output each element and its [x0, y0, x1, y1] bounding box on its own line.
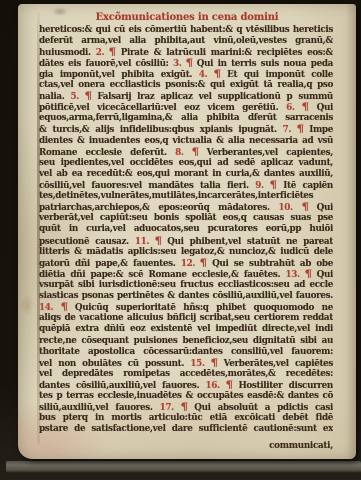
pilcrow-mark: ¶	[225, 380, 232, 391]
text-line: verberāt,vel capiūt:seu bonis spoliāt eo…	[39, 213, 333, 224]
text-line: psecutionē causaz. 11. ¶ Qui phibent,vel…	[39, 236, 333, 247]
text-segment: dātes eis fauorē,vel cōsiliū:	[39, 59, 169, 69]
text-segment: tes p terras ecclesie,inuadētes & occupā…	[39, 391, 333, 401]
text-segment: tes,detinētes,vulnerātes,mutilātes,incar…	[39, 191, 313, 201]
text-line: vel non obuiātes cū possunt. 15. ¶ Verbe…	[39, 358, 333, 369]
text-segment: Qui se subtrahūt ab obe	[212, 259, 333, 269]
text-segment: aliqs de vacatione alicuius bñficij scri…	[39, 313, 333, 323]
text-line: pōtificē,vel vicecācellariū:vel eoz vice…	[39, 102, 333, 113]
text-segment: recte,ne cōsequant puisiones beneficioz,…	[39, 336, 333, 346]
pilcrow-mark: ¶	[109, 47, 116, 58]
text-segment: Quicūq superioritatē hñs:q phibet quoquo…	[75, 303, 333, 313]
rubric-number: 16.	[205, 381, 219, 391]
text-segment: psecutionē causaz.	[39, 237, 129, 247]
pilcrow-mark: ¶	[210, 358, 217, 369]
text-segment: thoritate apostolica cōcessarū:dantes co…	[39, 347, 333, 357]
text-segment: & turcis,& alijs infidelibus:qbus xpiani…	[39, 125, 277, 135]
text-segment: hereticos:& qui cū eis cōmertiū habent:&…	[39, 25, 333, 35]
text-segment: huiusmodi.	[39, 48, 91, 58]
text-segment: Qui phibent,vel statuūt ne pareat	[167, 237, 333, 247]
text-line: gia imponūt,vel phibita exigūt. 4. ¶ Et …	[39, 69, 333, 80]
pilcrow-mark: ¶	[301, 202, 308, 213]
text-segment: pstare de satisfactione,vel dare suffici…	[39, 424, 333, 434]
text-segment: Romane ecclesie deferūt.	[39, 148, 167, 158]
text-segment: quēpiā extra dñiū eoz existentē vel impe…	[39, 324, 333, 334]
text-segment: siasticas psonas pertinētes & dantes cōs…	[39, 291, 333, 301]
text-line: diētia dñi pape:& scē Romane ecclesie,& …	[39, 269, 333, 280]
rubric-number: 6.	[286, 103, 294, 113]
text-segment: Et qui imponūt colle	[227, 70, 333, 80]
text-segment: vsurpāt sibi iurisdictionē:seu fructus e…	[39, 280, 333, 290]
pilcrow-mark: ¶	[270, 180, 277, 191]
text-line: dātes eis fauorē,vel cōsiliū: 3. ¶ Qui i…	[39, 58, 333, 69]
rubric-number: 2.	[96, 48, 104, 58]
text-line: gatorū dñi pape,& fauentes. 12. ¶ Qui se…	[39, 258, 333, 269]
text-line: tes p terras ecclesie,inuadētes & occupā…	[39, 391, 333, 402]
pilcrow-mark: ¶	[180, 402, 187, 413]
text-segment: Impe	[309, 125, 333, 135]
text-line: vsurpāt sibi iurisdictionē:seu fructus e…	[39, 280, 333, 291]
text-line: seu ipedientes,vel occidētes eos,qui ad …	[39, 158, 333, 169]
rubric-number: 5.	[70, 92, 78, 102]
text-line: siliū,auxiliū,vel fauores. 17. ¶ Qui abs…	[39, 402, 333, 413]
text-line: cōsiliū,vel fauores:vel mandātes talia f…	[39, 180, 333, 191]
text-segment: vel ab ea recedūt:& eos,qui morant in cu…	[39, 169, 333, 179]
text-line: & turcis,& alijs infidelibus:qbus xpiani…	[39, 124, 333, 135]
text-segment: dientes & inuadentes eos,q victualia & a…	[39, 136, 333, 146]
text-line: pstare de satisfactione,vel dare suffici…	[39, 424, 333, 435]
page-edge-strip	[6, 461, 361, 473]
text-line: quēpiā extra dñiū eoz existentē vel impe…	[39, 324, 333, 335]
text-segment: Qui in terris suis noua peda	[197, 59, 333, 69]
text-segment: Qui	[317, 203, 333, 213]
text-line: aliqs de vacatione alicuius bñficij scri…	[39, 313, 333, 324]
text-segment: cōsiliū,vel fauores:vel mandātes talia f…	[39, 181, 249, 191]
rubric-number: 3.	[173, 59, 181, 69]
text-segment: pōtificē,vel vicecācellariū:vel eoz vice…	[39, 103, 278, 113]
book-scan: Excõmunicationes in cena domini heretico…	[0, 0, 361, 480]
rubric-number: 15.	[190, 359, 204, 369]
text-line: vel ab ea recedūt:& eos,qui morant in cu…	[39, 169, 333, 180]
rubric-number: 8.	[175, 148, 183, 158]
pilcrow-mark: ¶	[155, 236, 162, 247]
text-segment: gatorū dñi pape,& fauentes.	[39, 259, 175, 269]
text-line: quūt in curia,vel aduocatos,seu pcurator…	[39, 224, 333, 235]
text-line: thoritate apostolica cōcessarū:dantes co…	[39, 347, 333, 358]
text-line: equos,arma,ferrū,ligamina,& alia phibita…	[39, 113, 333, 124]
text-line: vel depredātes romipetas accedētes,morāt…	[39, 369, 333, 380]
text-segment: quūt in curia,vel aduocatos,seu pcurator…	[39, 224, 333, 234]
text-segment: bus pterq in mortis articulo:tūc etiā ex…	[39, 413, 333, 423]
text-segment: Verberātes,vel capiētes	[224, 359, 333, 369]
text-line: 14. ¶ Quicūq superioritatē hñs:q phibet …	[39, 302, 333, 313]
pilcrow-mark: ¶	[186, 58, 193, 69]
text-segment: ctas,vel onera eccliasticis psonis:& qui…	[39, 80, 333, 90]
text-line: nalia. 5. ¶ Falsarij lraz aplicaz vel su…	[39, 91, 333, 102]
pilcrow-mark: ¶	[200, 258, 207, 269]
rubric-number: 10.	[278, 203, 292, 213]
text-segment: diētia dñi pape:& scē Romane ecclesie,& …	[39, 270, 280, 280]
text-line: dientes & inuadentes eos,q victualia & a…	[39, 136, 333, 147]
text-line: hereticos:& qui cū eis cōmertiū habent:&…	[39, 25, 333, 36]
text-line: dantes cōsiliū,auxiliū,vel fauores. 16. …	[39, 380, 333, 391]
text-segment: Hostiliter discurren	[238, 381, 333, 391]
text-segment: Qui	[317, 103, 333, 113]
text-line: deferūt arma,vel alia phibita,aut vinū,o…	[39, 36, 333, 47]
text-line: ctas,vel onera eccliasticis psonis:& qui…	[39, 80, 333, 91]
text-line: litteris & mādatis aplicis:seu legatoz,&…	[39, 247, 333, 258]
text-line: huiusmodi. 2. ¶ Pirate & latrūculi marin…	[39, 47, 333, 58]
text-segment: nalia.	[39, 92, 64, 102]
text-segment: Qui	[317, 270, 333, 280]
pilcrow-mark: ¶	[191, 147, 198, 158]
text-segment: verberāt,vel capiūt:seu bonis spoliāt eo…	[39, 213, 333, 223]
text-segment: Verberantes,vel capientes,	[207, 148, 333, 158]
text-line: recte,ne cōsequant puisiones beneficioz,…	[39, 336, 333, 347]
pilcrow-mark: ¶	[60, 302, 67, 313]
rubric-number: 11.	[135, 237, 149, 247]
text-segment: gia imponūt,vel phibita exigūt.	[39, 70, 192, 80]
catchword: communicati,	[39, 441, 333, 451]
pilcrow-mark: ¶	[305, 269, 312, 280]
text-segment: Pirate & latrūculi marini:& recipiētes e…	[121, 48, 333, 58]
text-line: patriarchas,archiepos,& epos:eorūq mādat…	[39, 202, 333, 213]
text-segment: patriarchas,archiepos,& epos:eorūq mādat…	[39, 203, 270, 213]
text-line: siasticas psonas pertinētes & dantes cōs…	[39, 291, 333, 302]
text-segment: deferūt arma,vel alia phibita,aut vinū,o…	[39, 36, 333, 46]
running-header: Excõmunicationes in cena domini	[40, 12, 334, 23]
rubric-number: 4.	[199, 70, 207, 80]
rubric-number: 9.	[255, 181, 263, 191]
text-line: tes,detinētes,vulnerātes,mutilātes,incar…	[39, 191, 333, 202]
text-segment: Itē capiēn	[283, 181, 333, 191]
rubric-number: 17.	[160, 403, 174, 413]
stain-blob	[20, 294, 34, 316]
text-line: Romane ecclesie deferūt. 8. ¶ Verberante…	[39, 147, 333, 158]
text-segment: dantes cōsiliū,auxiliū,vel fauores.	[39, 381, 199, 391]
rubric-number: 13.	[285, 270, 299, 280]
text-line: bus pterq in mortis articulo:tūc etiā ex…	[39, 413, 333, 424]
text-segment: seu ipedientes,vel occidētes eos,qui ad …	[39, 158, 333, 168]
rubric-number: 7.	[283, 125, 291, 135]
text-segment: equos,arma,ferrū,ligamina,& alia phibita…	[39, 113, 333, 123]
pilcrow-mark: ¶	[84, 91, 91, 102]
text-segment: Falsarij lraz aplicaz vel supplicationū …	[97, 92, 333, 102]
text-block: hereticos:& qui cū eis cōmertiū habent:&…	[39, 25, 333, 436]
rubric-number: 14.	[39, 303, 53, 313]
pilcrow-mark: ¶	[302, 102, 309, 113]
text-segment: litteris & mādatis aplicis:seu legatoz,&…	[39, 247, 333, 257]
pilcrow-mark: ¶	[214, 69, 221, 80]
text-segment: Qui absoluūt a pdictis casi	[194, 403, 333, 413]
text-segment: vel non obuiātes cū possunt.	[39, 359, 184, 369]
rubric-number: 12.	[181, 259, 195, 269]
book-page: Excõmunicationes in cena domini heretico…	[18, 4, 356, 459]
text-segment: vel depredātes romipetas accedētes,morāt…	[39, 369, 333, 379]
text-segment: siliū,auxiliū,vel fauores.	[39, 403, 153, 413]
pilcrow-mark: ¶	[297, 124, 304, 135]
